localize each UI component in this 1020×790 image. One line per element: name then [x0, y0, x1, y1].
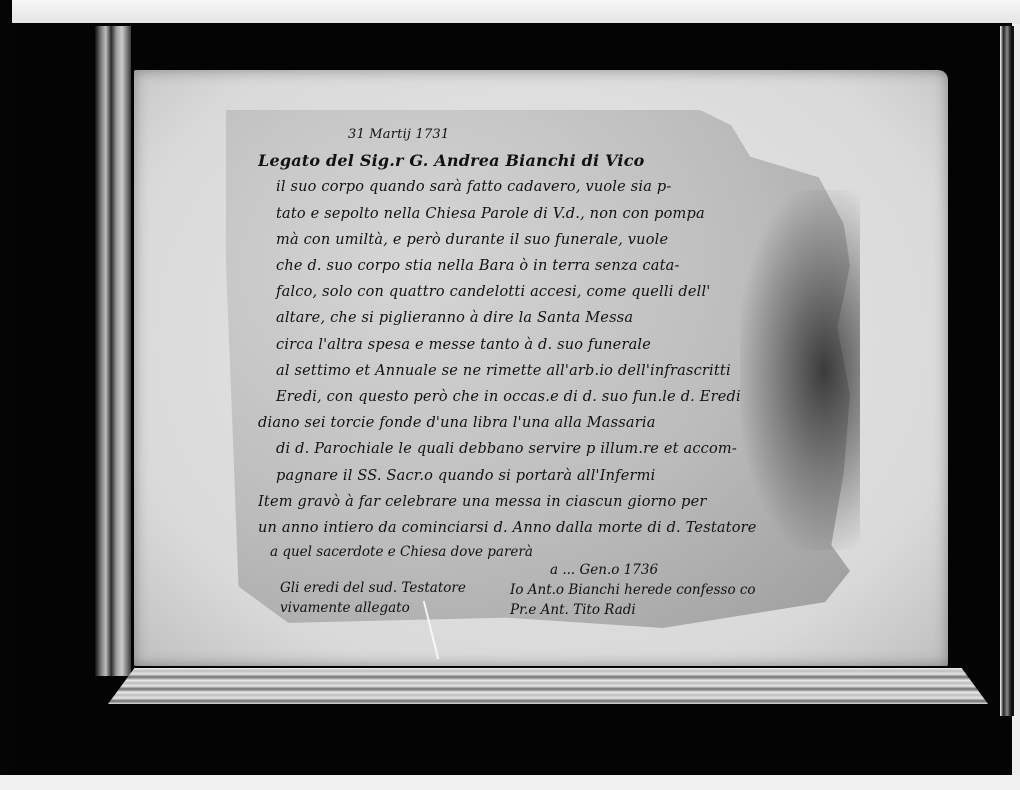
- body-line: pagnare il SS. Sacr.o quando si portarà …: [258, 463, 858, 489]
- body-line: mà con umiltà, e però durante il suo fun…: [258, 227, 858, 253]
- document-title: Legato del Sig.r G. Andrea Bianchi di Vi…: [258, 148, 858, 174]
- body-line: al settimo et Annuale se ne rimette all'…: [258, 358, 858, 384]
- frame-molding-right: [1000, 26, 1014, 716]
- wall-background-bottom: [0, 775, 1020, 790]
- body-line: circa l'altra spesa e messe tanto à d. s…: [258, 332, 858, 358]
- heirs-note-line: vivamente allegato: [280, 598, 520, 618]
- photo-left-edge: [0, 0, 12, 790]
- signature-date: a ... Gen.o 1736: [510, 560, 850, 580]
- body-line: che d. suo corpo stia nella Bara ò in te…: [258, 253, 858, 279]
- body-line: falco, solo con quattro candelotti acces…: [258, 279, 858, 305]
- body-line: un anno intiero da cominciarsi d. Anno d…: [258, 515, 858, 541]
- frame-molding-left: [95, 26, 131, 676]
- frame-molding-bottom: [108, 668, 988, 704]
- signature-line: Pr.e Ant. Tito Radi: [510, 600, 850, 620]
- date-header: 31 Martij 1731: [258, 122, 858, 148]
- body-line: Item gravò à far celebrare una messa in …: [258, 489, 858, 515]
- body-line: tato e sepolto nella Chiesa Parole di V.…: [258, 201, 858, 227]
- body-line: diano sei torcie fonde d'una libra l'una…: [258, 410, 858, 436]
- body-line: altare, che si piglieranno à dire la San…: [258, 305, 858, 331]
- signatures: a ... Gen.o 1736 Io Ant.o Bianchi herede…: [510, 560, 850, 620]
- signature-line: Io Ant.o Bianchi herede confesso co: [510, 580, 850, 600]
- body-line: di d. Parochiale le quali debbano servir…: [258, 436, 858, 462]
- manuscript-text: 31 Martij 1731 Legato del Sig.r G. Andre…: [258, 122, 858, 541]
- photograph: 31 Martij 1731 Legato del Sig.r G. Andre…: [0, 0, 1020, 790]
- wall-background-top: [0, 0, 1020, 24]
- heirs-note-line: Gli eredi del sud. Testatore: [280, 578, 520, 598]
- body-line: a quel sacerdote e Chiesa dove parerà: [270, 542, 533, 562]
- body-line: il suo corpo quando sarà fatto cadavero,…: [258, 174, 858, 200]
- body-line: Eredi, con questo però che in occas.e di…: [258, 384, 858, 410]
- heirs-note: Gli eredi del sud. Testatore vivamente a…: [280, 578, 520, 618]
